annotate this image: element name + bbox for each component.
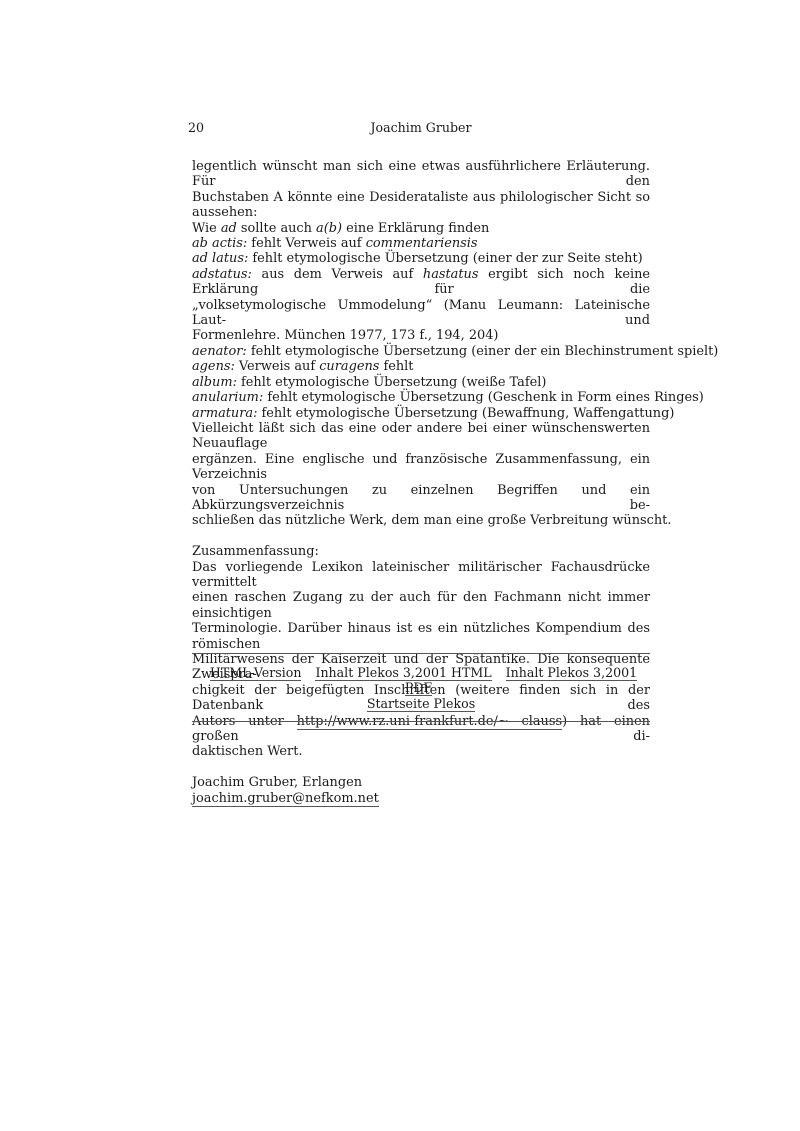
text-line: ergänzen. Eine englische und französisch… [192, 452, 650, 483]
text-line: Terminologie. Darüber hinaus ist es ein … [192, 621, 650, 652]
signature-email-line: joachim.gruber@nefkom.net [192, 791, 650, 806]
text-line: einen raschen Zugang zu der auch für den… [192, 590, 650, 621]
entry-agens: agens: Verweis auf curagens fehlt [192, 359, 650, 374]
signature-name: Joachim Gruber, Erlangen [192, 775, 650, 790]
text-line: Formenlehre. München 1977, 173 f., 194, … [192, 328, 650, 343]
html-version-link[interactable]: HTML-Version [210, 665, 302, 681]
text-line: Buchstaben A könnte eine Desiderataliste… [192, 190, 650, 221]
text-line: daktischen Wert. [192, 744, 650, 759]
nav-links: HTML-Version Inhalt Plekos 3,2001 HTML I… [192, 665, 650, 695]
text-line: Das vorliegende Lexikon lateinischer mil… [192, 560, 650, 591]
divider-top [192, 653, 650, 654]
page-header: 20 Joachim Gruber [192, 120, 650, 136]
entry-album: album: fehlt etymologische Übersetzung (… [192, 375, 650, 390]
entry-anularium: anularium: fehlt etymologische Übersetzu… [192, 390, 650, 405]
email-link[interactable]: joachim.gruber@nefkom.net [192, 791, 379, 807]
text-line: von Untersuchungen zu einzelnen Begriffe… [192, 483, 650, 514]
entry-ab-actis: ab actis: fehlt Verweis auf commentarien… [192, 236, 650, 251]
entry-aenator: aenator: fehlt etymologische Übersetzung… [192, 344, 650, 359]
text-line: legentlich wünscht man sich eine etwas a… [192, 159, 650, 190]
text-line: Autors unter http://www.rz.uni-frankfurt… [192, 714, 650, 745]
text-line: „volksetymologische Ummodelung“ (Manu Le… [192, 298, 650, 329]
entry-armatura: armatura: fehlt etymologische Übersetzun… [192, 406, 650, 421]
text-line: Wie ad sollte auch a(b) eine Erklärung f… [192, 221, 650, 236]
inhalt-html-link[interactable]: Inhalt Plekos 3,2001 HTML [315, 665, 491, 681]
nav-home: Startseite Plekos [192, 696, 650, 711]
text-line: schließen das nützliche Werk, dem man ei… [192, 513, 650, 528]
running-head: Joachim Gruber [192, 120, 650, 135]
entry-adstatus: adstatus: aus dem Verweis auf hastatus e… [192, 267, 650, 298]
entry-ad-latus: ad latus: fehlt etymologische Übersetzun… [192, 251, 650, 266]
summary-heading: Zusammenfassung: [192, 544, 650, 559]
divider-bottom [192, 721, 650, 722]
text-line: Vielleicht läßt sich das eine oder ander… [192, 421, 650, 452]
startseite-link[interactable]: Startseite Plekos [367, 696, 475, 712]
